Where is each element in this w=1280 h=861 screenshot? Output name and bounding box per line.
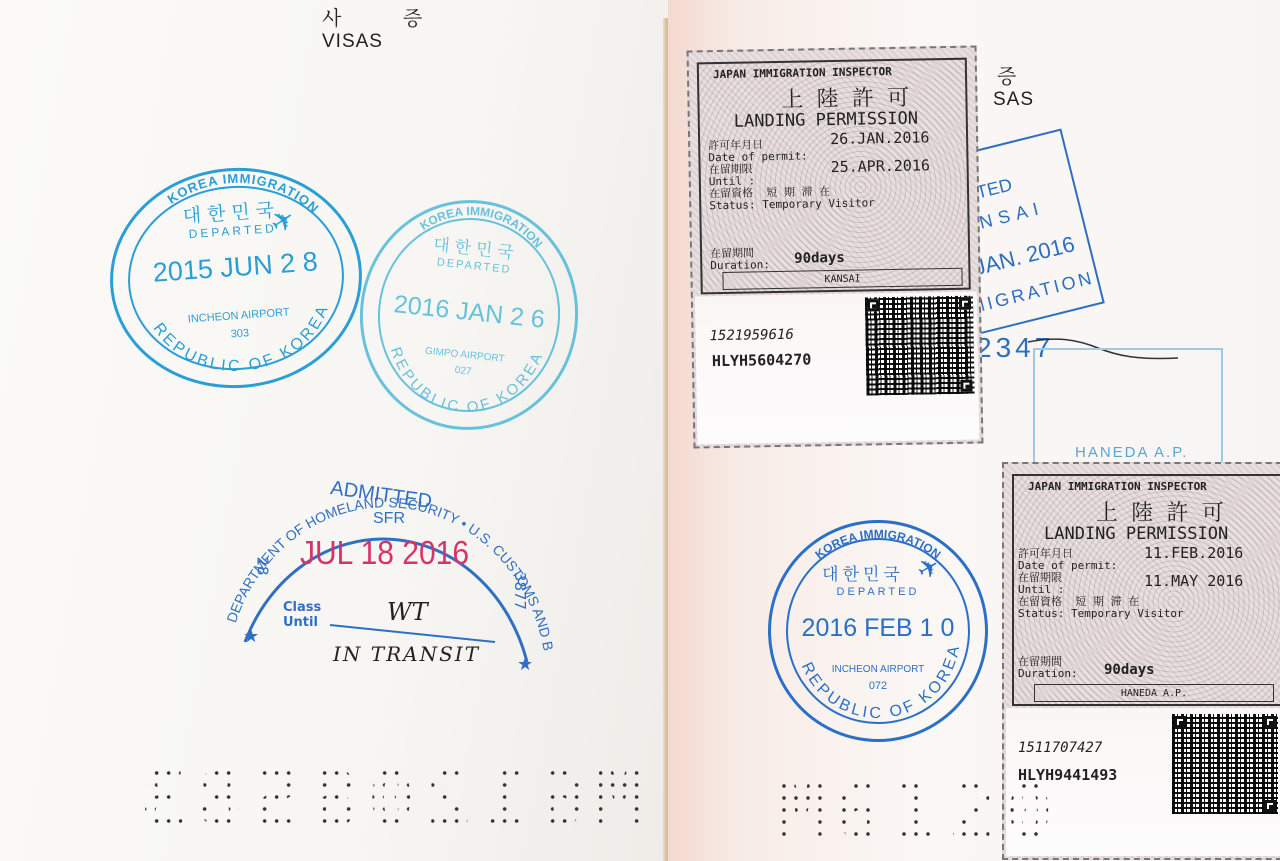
header-korean: 사 증 [322, 2, 450, 31]
svg-text:★: ★ [517, 654, 533, 675]
japan-landing-permission-sticker-kansai: JAPAN IMMIGRATION INSPECTOR 上 陸 許 可 LAND… [687, 45, 984, 448]
duration-labels: 在留期間 Duration: [710, 247, 770, 272]
passport-right-page: 증 SAS DEPARTED KANSAI JAN. 2016 IMMIGRAT… [668, 0, 1280, 861]
sticker-serial: 1521959616 [709, 327, 794, 344]
header-korean: 증 [993, 60, 1044, 89]
stamp-left-number: 28 [254, 556, 272, 575]
duration-value: 90days [1104, 662, 1155, 678]
header-english: VISAS [322, 31, 450, 53]
sticker-id: HLYH5604270 [712, 350, 812, 370]
passport-left-page: 사 증 VISAS KOREA IMMIGRATION REPUBLIC OF … [0, 0, 668, 861]
date-of-permit: 11.FEB.2016 [1144, 544, 1243, 562]
until-date: 11.MAY 2016 [1144, 572, 1243, 590]
header-english: SAS [993, 89, 1044, 111]
page-header: 사 증 VISAS [322, 2, 450, 53]
inspector-label: JAPAN IMMIGRATION INSPECTOR [1028, 480, 1207, 493]
duration-labels: 在留期間 Duration: [1018, 656, 1078, 680]
duration-value: 90days [794, 250, 845, 267]
korea-departure-stamp-incheon-2015: KOREA IMMIGRATION REPUBLIC OF KOREA 대한민국… [103, 159, 370, 396]
until-label: Until [283, 615, 321, 630]
stamp-port: SFR [373, 510, 405, 528]
stamp-location: INCHEON AIRPORT [768, 664, 988, 675]
handwritten-class: WT [387, 598, 428, 626]
qr-code-icon [1172, 714, 1278, 814]
until-date: 25.APR.2016 [830, 156, 930, 176]
date-of-permit: 26.JAN.2016 [830, 128, 930, 148]
stamp-date: 2016 FEB 1 0 [768, 614, 988, 643]
us-cbp-admission-stamp: DEPARTMENT OF HOMELAND SECURITY • U.S. C… [205, 462, 567, 682]
stamp-korean: 대한민국 [768, 560, 988, 585]
korea-departure-stamp-gimpo-2016: KOREA IMMIGRATION REPUBLIC OF KOREA 대한민국… [349, 189, 590, 441]
sticker-serial: 1511707427 [1018, 740, 1102, 756]
stamp-code: 072 [768, 680, 988, 692]
korea-departure-stamp-incheon-2016: KOREA IMMIGRATION REPUBLIC OF KOREA 대한민국… [768, 520, 988, 742]
qr-code-icon [865, 296, 975, 396]
stamp-class-labels: Class Until [283, 600, 321, 630]
handwritten-note: IN TRANSIT [333, 642, 480, 666]
perforated-passport-number: M61208S83 [130, 755, 643, 845]
svg-text:★: ★ [243, 626, 259, 647]
title-japanese: 上 陸 許 可 [1096, 496, 1224, 527]
stamp-status: DEPARTED [768, 586, 988, 598]
stamp-date: JUL 18 2016 [300, 535, 469, 572]
port-label: HANEDA A.P. [1034, 684, 1274, 702]
class-label: Class [283, 600, 321, 615]
perforated-passport-number: M6120 [778, 768, 1063, 858]
stamp-right-number: 3877 [511, 572, 529, 610]
page-header: 증 SAS [993, 60, 1044, 111]
stamp-port: HANEDA A.P. [1075, 444, 1188, 461]
title-english: LANDING PERMISSION [1044, 524, 1228, 544]
